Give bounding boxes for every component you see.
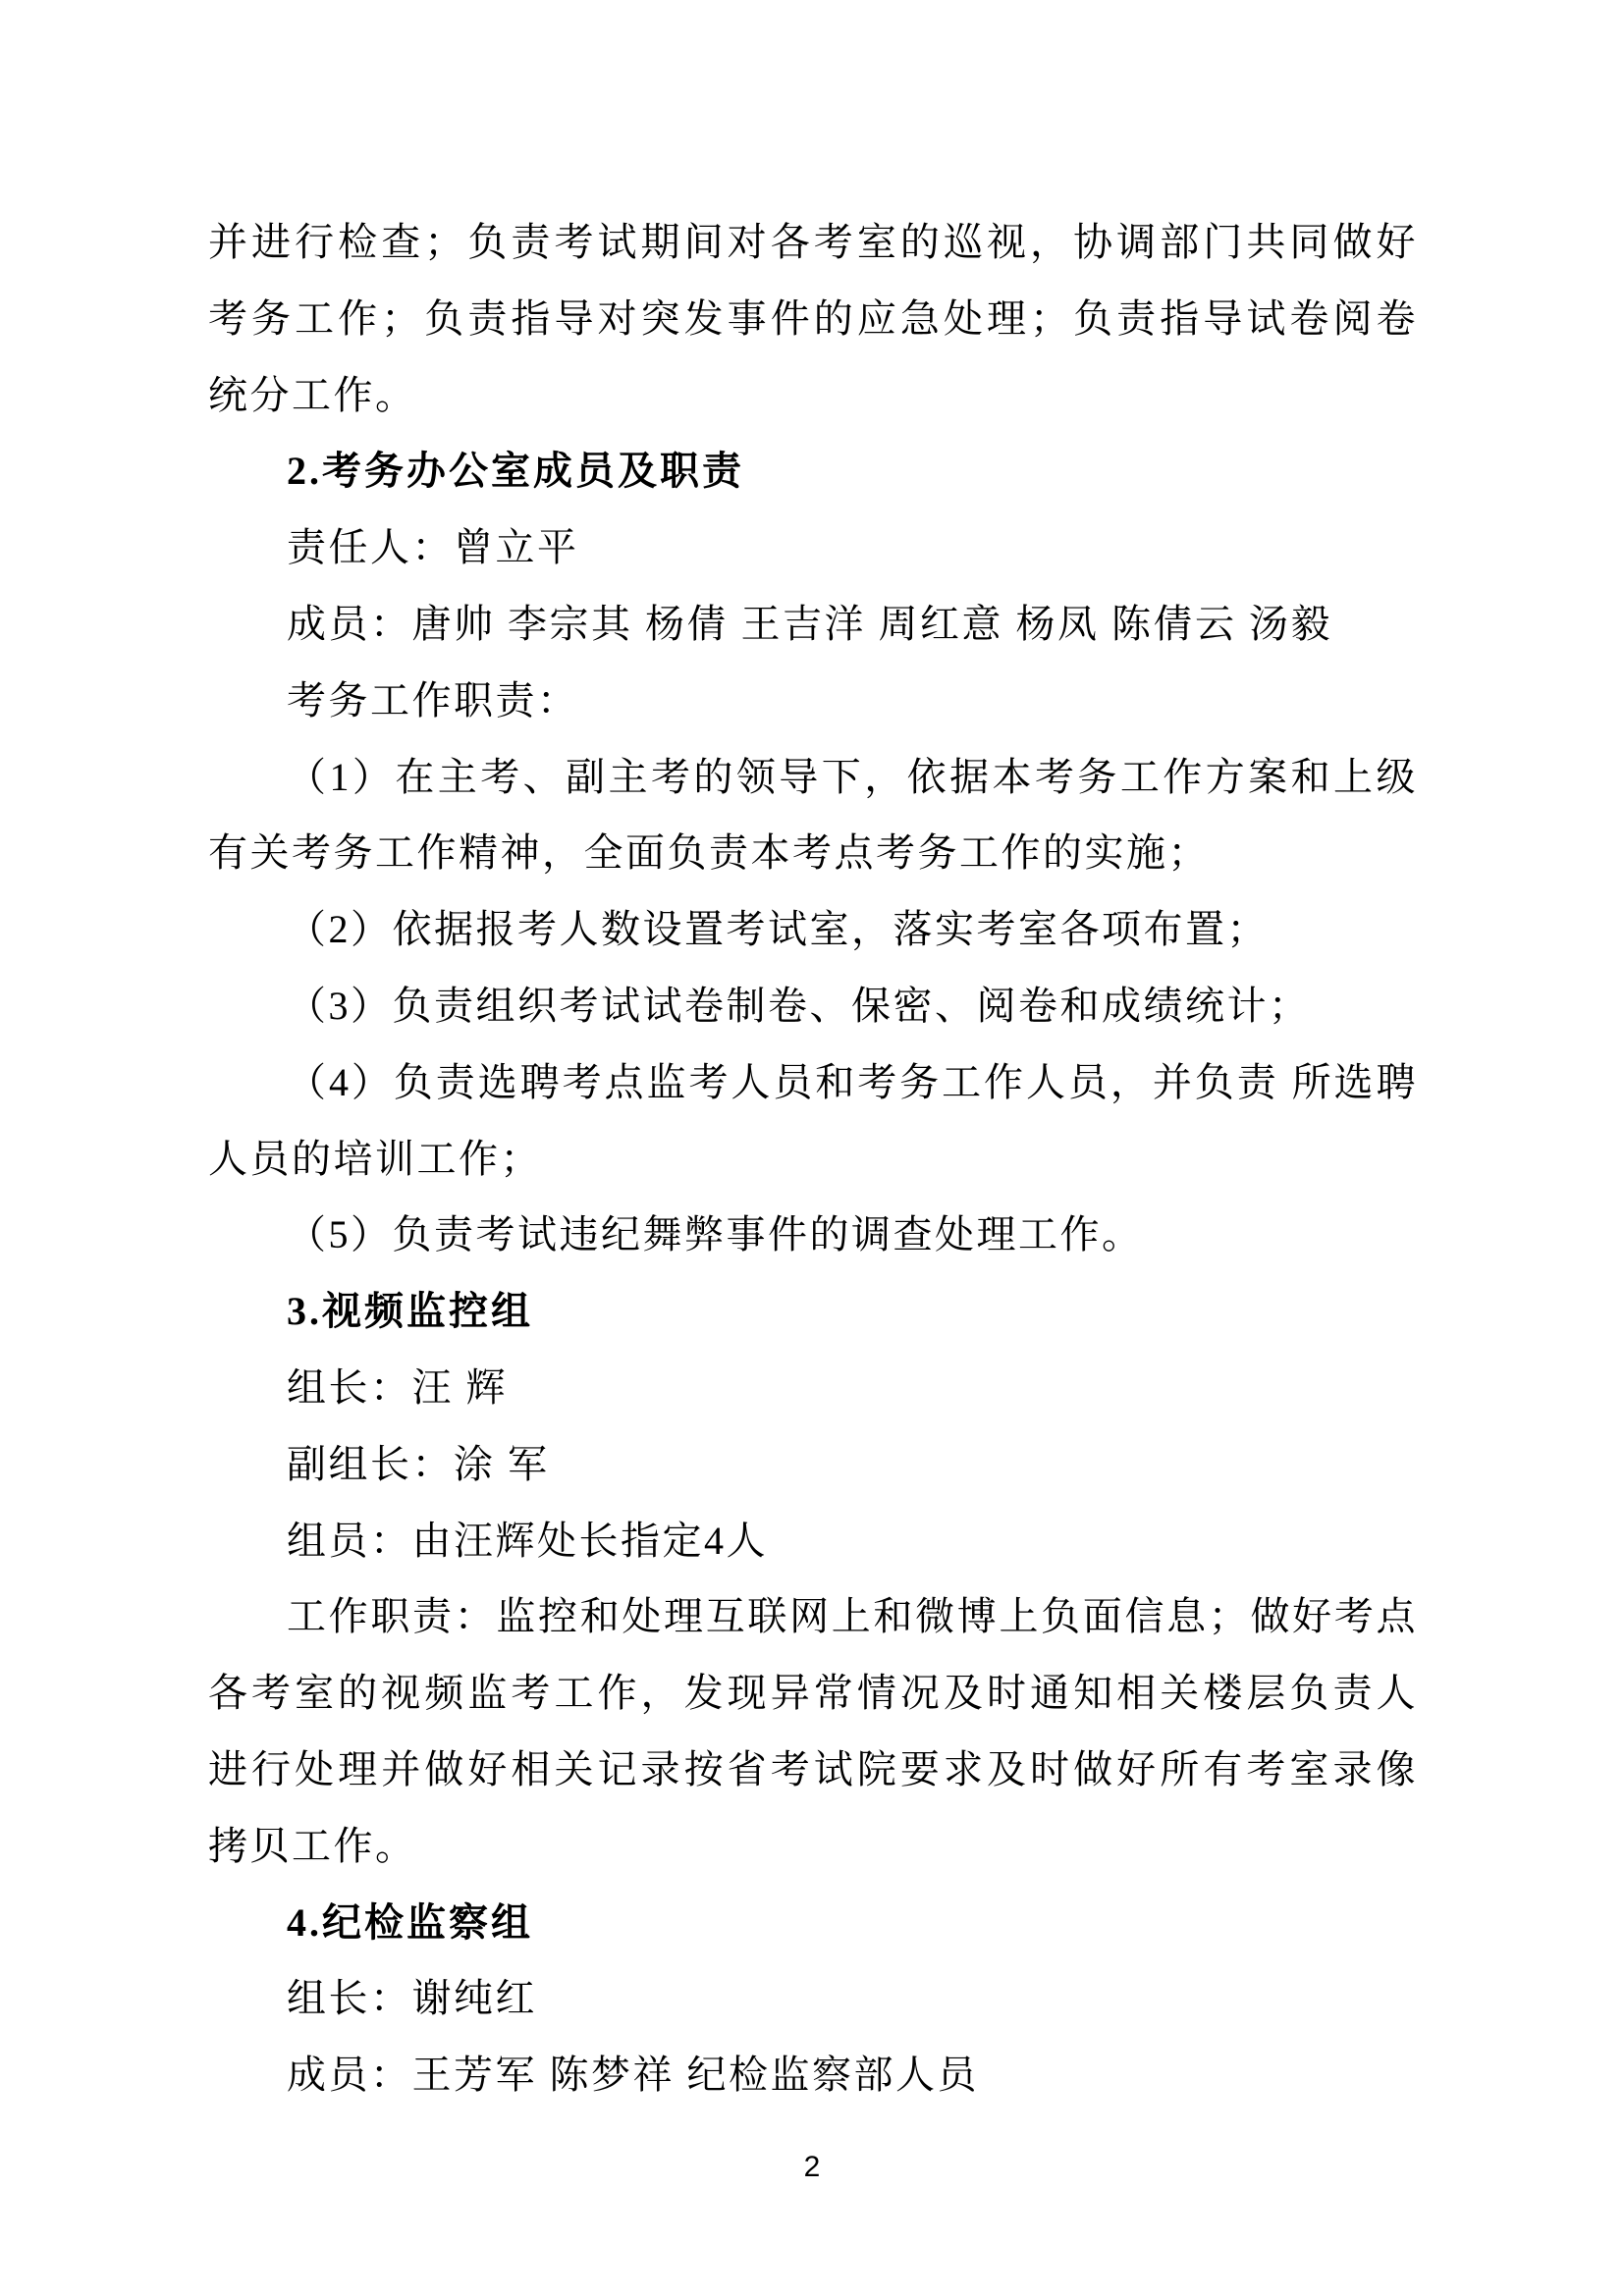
section-heading-exam-office: 2.考务办公室成员及职责 [208, 433, 1418, 509]
paragraph-duty-4: （4）负责选聘考点监考人员和考务工作人员，并负责 所选聘人员的培训工作； [208, 1044, 1418, 1198]
paragraph-discipline-members: 成员：王芳军 陈梦祥 纪检监察部人员 [208, 2037, 1418, 2113]
page-number: 2 [0, 2150, 1624, 2185]
paragraph-duty-1: （1）在主考、副主考的领导下，依据本考务工作方案和上级有关考务工作精神，全面负责… [208, 739, 1418, 892]
document-page: 并进行检查；负责考试期间对各考室的巡视，协调部门共同做好考务工作；负责指导对突发… [0, 0, 1624, 2296]
paragraph-duty-3: （3）负责组织考试试卷制卷、保密、阅卷和成绩统计； [208, 968, 1418, 1044]
paragraph-duties-label: 考务工作职责： [208, 663, 1418, 739]
paragraph-members: 成员：唐帅 李宗其 杨倩 王吉洋 周红意 杨凤 陈倩云 汤毅 [208, 586, 1418, 663]
paragraph-duty-2: （2）依据报考人数设置考试室，落实考室各项布置； [208, 891, 1418, 968]
paragraph-work-duties: 工作职责：监控和处理互联网上和微博上负面信息；做好考点各考室的视频监考工作，发现… [208, 1578, 1418, 1884]
paragraph-continuation: 并进行检查；负责考试期间对各考室的巡视，协调部门共同做好考务工作；负责指导对突发… [208, 204, 1418, 433]
document-body: 并进行检查；负责考试期间对各考室的巡视，协调部门共同做好考务工作；负责指导对突发… [208, 204, 1418, 2113]
section-heading-discipline-inspection: 4.纪检监察组 [208, 1885, 1418, 1961]
paragraph-duty-5: （5）负责考试违纪舞弊事件的调查处理工作。 [208, 1197, 1418, 1273]
section-heading-video-monitoring: 3.视频监控组 [208, 1273, 1418, 1350]
paragraph-deputy-leader: 副组长：涂 军 [208, 1426, 1418, 1503]
paragraph-responsible-person: 责任人：曾立平 [208, 509, 1418, 586]
paragraph-group-members: 组员：由汪辉处长指定4人 [208, 1503, 1418, 1579]
paragraph-group-leader: 组长：汪 辉 [208, 1350, 1418, 1426]
paragraph-discipline-leader: 组长：谢纯红 [208, 1960, 1418, 2037]
